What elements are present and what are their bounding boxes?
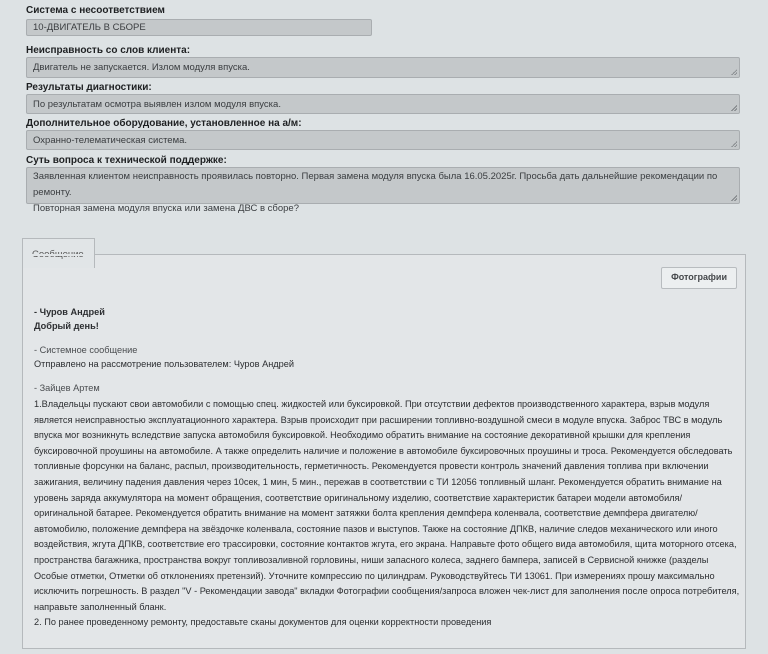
- resize-grip-icon[interactable]: [731, 141, 737, 147]
- message-body-line: 2. По ранее проведенному ремонту, предос…: [34, 615, 734, 631]
- resize-grip-icon[interactable]: [731, 105, 737, 111]
- diagnostics-field[interactable]: По результатам осмотра выявлен излом мод…: [26, 94, 740, 114]
- message-body-line: уровень заряда аккумулятора на момент об…: [34, 491, 734, 507]
- message-panel: Фотографии - Чуров Андрей Добрый день! -…: [22, 254, 746, 649]
- question-field[interactable]: Заявленная клиентом неисправность прояви…: [26, 167, 740, 204]
- photos-button[interactable]: Фотографии: [661, 267, 737, 289]
- message-list: - Чуров Андрей Добрый день! - Системное …: [34, 305, 734, 631]
- tab-cover: [23, 254, 94, 256]
- system-field[interactable]: 10-ДВИГАТЕЛЬ В СБОРЕ: [26, 19, 372, 36]
- question-line-1: Заявленная клиентом неисправность прояви…: [33, 169, 733, 201]
- message-body-line: является неисправностью эксплуатационног…: [34, 413, 734, 429]
- label-client-fault: Неисправность со слов клиента:: [26, 45, 190, 56]
- equipment-field[interactable]: Охранно-телематическая система.: [26, 130, 740, 150]
- message-body-line: исключить погрешность. В раздел "V - Рек…: [34, 584, 734, 600]
- equipment-value: Охранно-телематическая система.: [33, 135, 187, 146]
- question-line-2: Повторная замена модуля впуска или замен…: [33, 201, 733, 217]
- message-body-line: воздействия, жгута ДПКВ, соответствие ег…: [34, 537, 734, 553]
- message-body-line: автомобилю, положение демпфера на звёздо…: [34, 522, 734, 538]
- diagnostics-value: По результатам осмотра выявлен излом мод…: [33, 99, 281, 110]
- message-body-line: 1.Владельцы пускают свои автомобили с по…: [34, 397, 734, 413]
- message-text: Отправлено на рассмотрение пользователем…: [34, 357, 734, 372]
- label-diagnostics: Результаты диагностики:: [26, 82, 152, 93]
- message-body-line: топливные форсунки на баланс, распыл, пр…: [34, 459, 734, 475]
- message-item: - Зайцев Артем 1.Владельцы пускают свои …: [34, 381, 734, 631]
- tab-message[interactable]: Сообщение: [22, 238, 95, 268]
- system-value: 10-ДВИГАТЕЛЬ В СБОРЕ: [33, 22, 146, 33]
- message-body-line: направьте заполненный бланк.: [34, 600, 734, 616]
- message-body-line: зажигания, величину падения давления чер…: [34, 475, 734, 491]
- message-item: - Системное сообщение Отправлено на расс…: [34, 343, 734, 372]
- message-text: Добрый день!: [34, 319, 734, 334]
- message-author: - Зайцев Артем: [34, 381, 734, 395]
- message-body: 1.Владельцы пускают свои автомобили с по…: [34, 397, 734, 631]
- message-item: - Чуров Андрей Добрый день!: [34, 305, 734, 334]
- message-author: - Чуров Андрей: [34, 305, 734, 319]
- label-question: Суть вопроса к технической поддержке:: [26, 155, 227, 166]
- message-body-line: Особые отметки, Отметки об отклонениях п…: [34, 569, 734, 585]
- message-body-line: пространства багажника, пространства вок…: [34, 553, 734, 569]
- message-body-line: оригинальной батарее. Рекомендуется обра…: [34, 506, 734, 522]
- label-equipment: Дополнительное оборудование, установленн…: [26, 118, 302, 129]
- message-body-line: буксировочной проушины на автомобиле. А …: [34, 444, 734, 460]
- label-system: Система с несоответствием: [26, 5, 165, 16]
- message-author: - Системное сообщение: [34, 343, 734, 357]
- resize-grip-icon[interactable]: [731, 195, 737, 201]
- client-fault-value: Двигатель не запускается. Излом модуля в…: [33, 62, 250, 73]
- resize-grip-icon[interactable]: [731, 69, 737, 75]
- client-fault-field[interactable]: Двигатель не запускается. Излом модуля в…: [26, 57, 740, 78]
- message-body-line: впуска мог возникнуть вследствие запуска…: [34, 428, 734, 444]
